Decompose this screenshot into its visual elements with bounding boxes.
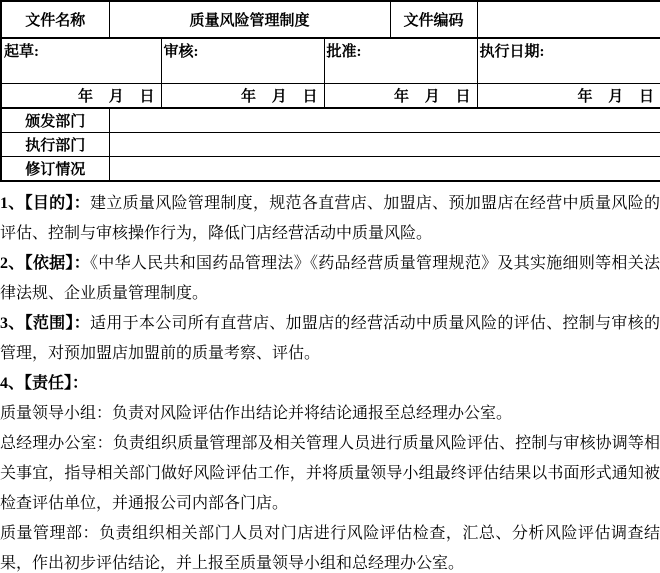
doc-name-label: 文件名称 — [1, 1, 109, 38]
revision-status-value — [109, 156, 660, 181]
section-text: 建立质量风险管理制度，规范各直营店、加盟店、预加盟店在经营中质量风险的评估、控制… — [0, 195, 660, 242]
header-row-title: 文件名称 质量风险管理制度 文件编码 — [1, 1, 660, 38]
section-heading: 2、【依据】： — [0, 255, 90, 272]
section-text: 质量管理部：负责组织相关部门人员对门店进行风险评估检查，汇总、分析风险评估调查结… — [0, 525, 660, 572]
section-heading: 4、【责任】： — [0, 375, 88, 392]
issuing-dept-label: 颁发部门 — [1, 108, 109, 133]
executing-dept-label: 执行部门 — [1, 132, 109, 156]
review-date-placeholder: 年 月 日 — [161, 83, 324, 108]
section-text: 适用于本公司所有直营店、加盟店的经营活动中质量风险的评估、控制与审核的管理，对预… — [0, 315, 660, 362]
paragraph-gm-office: 总经理办公室：负责组织质量管理部及相关管理人员进行质量风险评估、控制与审核协调等… — [0, 429, 660, 519]
section-text: 《中华人民共和国药品管理法》《药品经营质量管理规范》及其实施细则等相关法律法规、… — [0, 255, 660, 302]
document-body: 1、【目的】：建立质量风险管理制度，规范各直营店、加盟店、预加盟店在经营中质量风… — [0, 182, 660, 573]
document-header-table: 文件名称 质量风险管理制度 文件编码 起草: 审核: 批准: 执行日期: 年 月… — [0, 0, 660, 182]
doc-code-label: 文件编码 — [390, 1, 477, 38]
exec-date-placeholder: 年 月 日 — [477, 83, 660, 108]
doc-code-value — [477, 1, 660, 38]
header-row-dates: 年 月 日 年 月 日 年 月 日 年 月 日 — [1, 83, 660, 108]
executing-dept-value — [109, 132, 660, 156]
paragraph-quality-leading-group: 质量领导小组：负责对风险评估作出结论并将结论通报至总经理办公室。 — [0, 399, 660, 429]
review-label: 审核: — [161, 38, 324, 83]
executing-dept-row: 执行部门 — [1, 132, 660, 156]
paragraph-basis: 2、【依据】：《中华人民共和国药品管理法》《药品经营质量管理规范》及其实施细则等… — [0, 249, 660, 309]
approve-date-placeholder: 年 月 日 — [324, 83, 477, 108]
paragraph-quality-dept: 质量管理部：负责组织相关部门人员对门店进行风险评估检查，汇总、分析风险评估调查结… — [0, 519, 660, 573]
exec-date-label: 执行日期: — [477, 38, 660, 83]
draft-date-placeholder: 年 月 日 — [1, 83, 161, 108]
revision-status-label: 修订情况 — [1, 156, 109, 181]
document-page: 文件名称 质量风险管理制度 文件编码 起草: 审核: 批准: 执行日期: 年 月… — [0, 0, 660, 573]
draft-label: 起草: — [1, 38, 161, 83]
section-heading: 1、【目的】： — [0, 195, 90, 212]
header-row-signatures: 起草: 审核: 批准: 执行日期: — [1, 38, 660, 83]
section-text: 总经理办公室：负责组织质量管理部及相关管理人员进行质量风险评估、控制与审核协调等… — [0, 435, 660, 512]
section-text: 质量领导小组：负责对风险评估作出结论并将结论通报至总经理办公室。 — [0, 405, 512, 422]
paragraph-scope: 3、【范围】：适用于本公司所有直营店、加盟店的经营活动中质量风险的评估、控制与审… — [0, 309, 660, 369]
issuing-dept-value — [109, 108, 660, 133]
section-heading: 3、【范围】： — [0, 315, 90, 332]
revision-status-row: 修订情况 — [1, 156, 660, 181]
doc-title: 质量风险管理制度 — [109, 1, 390, 38]
paragraph-responsibility: 4、【责任】： — [0, 369, 660, 399]
paragraph-purpose: 1、【目的】：建立质量风险管理制度，规范各直营店、加盟店、预加盟店在经营中质量风… — [0, 189, 660, 249]
issuing-dept-row: 颁发部门 — [1, 108, 660, 133]
approve-label: 批准: — [324, 38, 477, 83]
